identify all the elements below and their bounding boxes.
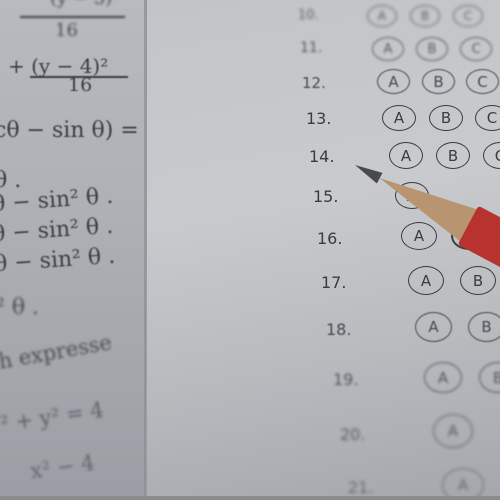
math-line: θ .	[0, 168, 21, 193]
answer-bubble[interactable]: A	[424, 362, 462, 393]
question-number: 10.	[298, 8, 319, 23]
question-number: 19.	[333, 370, 358, 389]
math-line: + (y − 4)²	[8, 54, 108, 78]
question-number: 14.	[309, 147, 334, 166]
fraction-bar	[20, 16, 125, 18]
answer-bubble[interactable]: A	[377, 69, 410, 94]
math-line: ² + y² = 4	[0, 398, 105, 436]
answer-bubble[interactable]: A	[367, 5, 397, 27]
photo: (y − 5)² 16 + (y − 4)² 16 cθ − sin θ) = …	[0, 0, 500, 496]
math-line: ² θ .	[0, 295, 39, 320]
math-line: h expresse	[0, 330, 114, 373]
math-line: 16	[55, 20, 78, 41]
question-number: 13.	[306, 109, 331, 128]
question-number: 21.	[348, 478, 373, 496]
question-number: 15.	[313, 187, 338, 206]
answer-bubble[interactable]: A	[415, 312, 452, 342]
math-line: cθ − sin θ) =	[0, 118, 139, 143]
math-line: (y − 5)²	[50, 0, 119, 9]
answer-bubble[interactable]: C	[453, 5, 483, 27]
answer-bubble[interactable]: B	[468, 312, 500, 342]
question-number: 20.	[340, 425, 365, 444]
answer-bubble[interactable]: C	[466, 69, 499, 94]
answer-bubble[interactable]: B	[429, 105, 463, 131]
pencil-lead	[352, 160, 382, 184]
answer-bubble[interactable]: A	[372, 37, 404, 61]
question-number: 12.	[302, 74, 326, 92]
math-line: 16	[68, 74, 92, 96]
answer-bubble[interactable]: B	[422, 69, 455, 94]
answer-bubble[interactable]: B	[410, 5, 440, 27]
answer-bubble[interactable]: A	[442, 468, 484, 496]
answer-bubble[interactable]: A	[433, 414, 473, 448]
math-line: θ − sin² θ .	[0, 244, 116, 277]
answer-bubble[interactable]: B	[416, 37, 448, 61]
question-number: 11.	[300, 40, 322, 56]
answer-bubble[interactable]: A	[382, 105, 416, 131]
answer-bubble[interactable]: B	[436, 142, 470, 169]
question-number: 16.	[317, 229, 342, 248]
math-worksheet: (y − 5)² 16 + (y − 4)² 16 cθ − sin θ) = …	[0, 0, 146, 496]
math-line: x² − 4	[29, 451, 96, 484]
question-number: 17.	[321, 273, 346, 292]
answer-bubble[interactable]: A	[408, 266, 444, 295]
math-line: θ − sin² θ .	[0, 214, 114, 247]
bottom-border	[0, 496, 500, 500]
answer-bubble[interactable]: C	[460, 37, 492, 61]
question-number: 18.	[326, 320, 351, 339]
